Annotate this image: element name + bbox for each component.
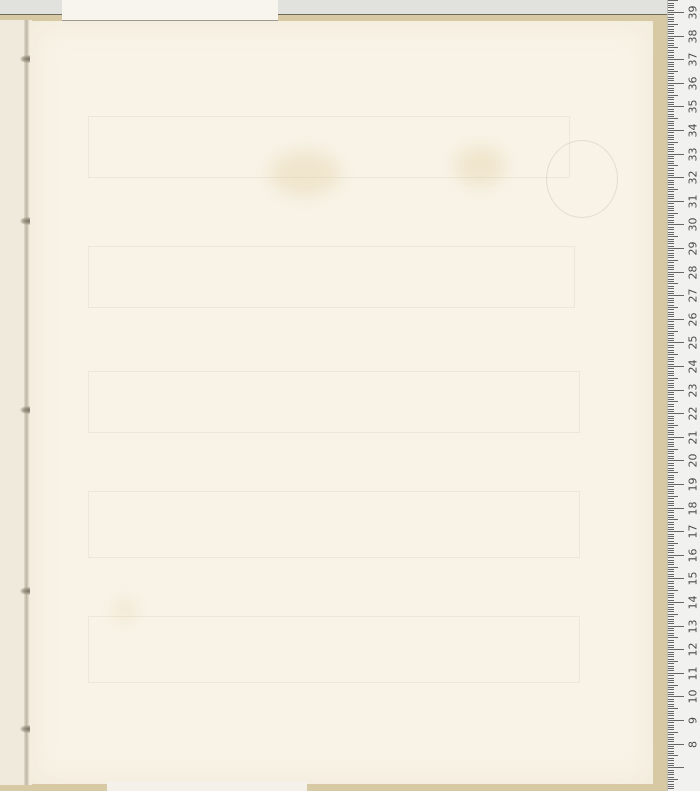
library-stamp-bleed (546, 140, 618, 218)
ruler-tick (668, 576, 674, 577)
ruler-tick (668, 215, 674, 216)
ruler-label: 8 (687, 736, 700, 752)
ruler-tick (668, 555, 684, 556)
ruler-tick (668, 123, 674, 124)
ruler-tick (668, 534, 674, 535)
ruler-tick (668, 321, 674, 322)
ruler-tick (668, 678, 674, 679)
ruler-tick (668, 31, 674, 32)
ruler-tick (668, 630, 674, 631)
ruler-tick (668, 236, 678, 237)
ruler-tick (668, 359, 674, 360)
ruler-tick (668, 616, 674, 617)
ruler-tick (668, 62, 674, 63)
ruler-tick (668, 729, 674, 730)
ruler-tick (668, 399, 674, 400)
ruler-tick (668, 125, 674, 126)
ruler-tick (668, 243, 674, 244)
ruler-tick (668, 552, 674, 553)
ruler-tick (668, 536, 674, 537)
ruler-tick (668, 503, 674, 504)
ruler-tick (668, 508, 684, 509)
ruler-tick (668, 269, 674, 270)
ruler-tick (668, 102, 674, 103)
ruler-tick (668, 66, 674, 67)
ruler-tick (668, 744, 684, 745)
ruler-tick (668, 29, 674, 30)
ruler-tick (668, 663, 674, 664)
ruler-tick (668, 298, 674, 299)
ruler-tick (668, 430, 674, 431)
ruler-tick (668, 597, 674, 598)
ruler-tick (668, 404, 674, 405)
ruler-tick (668, 85, 674, 86)
ruler-tick (668, 531, 684, 532)
ruler-label: 13 (687, 618, 700, 634)
ruler-tick (668, 161, 674, 162)
ruler-tick (668, 779, 678, 780)
ruler-tick (668, 191, 674, 192)
ruler-tick (668, 83, 684, 84)
ruler-label: 18 (687, 500, 700, 516)
ruler-tick (668, 104, 674, 105)
ruler-tick (668, 286, 674, 287)
ruler-tick (668, 692, 674, 693)
ruler-label: 27 (687, 288, 700, 304)
ruler-tick (668, 194, 674, 195)
ruler-label: 30 (687, 217, 700, 233)
ruler-tick (668, 246, 674, 247)
ruler-tick (668, 586, 674, 587)
ruler-tick (668, 682, 674, 683)
ruler-tick (668, 265, 674, 266)
ruler-tick (668, 477, 674, 478)
ruler-tick (668, 97, 674, 98)
ruler-tick (668, 486, 674, 487)
ruler-tick (668, 715, 674, 716)
ruler-tick (668, 484, 684, 485)
ruler-tick (668, 130, 684, 131)
ruler-label: 14 (687, 595, 700, 611)
ruler-tick (668, 132, 674, 133)
ruler-tick (668, 151, 674, 152)
ruler-tick (668, 118, 678, 119)
ruler-label: 34 (687, 123, 700, 139)
ruler-tick (668, 163, 674, 164)
ruler-tick (668, 385, 674, 386)
ruler-tick (668, 368, 674, 369)
ruler-tick (668, 482, 674, 483)
ruler-tick (668, 21, 674, 22)
ruler-tick (668, 595, 674, 596)
ruler-tick (668, 465, 674, 466)
ruler-tick (668, 420, 674, 421)
ruler-tick (668, 718, 674, 719)
ruler-label: 19 (687, 477, 700, 493)
ruler-tick (668, 55, 674, 56)
ruler-tick (668, 198, 674, 199)
ruler-tick (668, 182, 674, 183)
ruler-tick (668, 281, 674, 282)
ruler-tick (668, 772, 674, 773)
ruler-tick (668, 423, 674, 424)
ruler-tick (668, 737, 674, 738)
ruler-tick (668, 257, 674, 258)
ruler-tick (668, 611, 674, 612)
ruler-tick (668, 14, 674, 15)
ruler-tick (668, 114, 674, 115)
ruler-tick (668, 366, 684, 367)
ruler-tick (668, 621, 674, 622)
ruler-tick (668, 708, 678, 709)
ruler-tick (668, 121, 674, 122)
ruler-tick (668, 52, 674, 53)
ruler-label: 11 (687, 665, 700, 681)
ruler-tick (668, 590, 678, 591)
ruler-tick (668, 73, 674, 74)
ruler-tick (668, 763, 674, 764)
ruler-tick (668, 571, 674, 572)
ruler-tick (668, 177, 684, 178)
ruler-tick (668, 333, 674, 334)
ruler-tick (668, 295, 684, 296)
ruler-tick (668, 588, 674, 589)
ruler-tick (668, 654, 674, 655)
bleed-through-table (88, 616, 580, 683)
ruler-tick (668, 137, 674, 138)
ruler-tick (668, 189, 678, 190)
ruler-tick (668, 373, 674, 374)
ruler-tick (668, 300, 674, 301)
ruler-tick (668, 427, 674, 428)
ruler-tick (668, 253, 674, 254)
ruler-tick (668, 224, 684, 225)
ruler-tick (668, 734, 674, 735)
ruler-tick (668, 524, 674, 525)
ruler-tick (668, 338, 674, 339)
ruler-tick (668, 777, 674, 778)
paper-tab-top (62, 0, 278, 21)
ruler-tick (668, 548, 674, 549)
ruler-tick (668, 418, 674, 419)
ruler-tick (668, 689, 674, 690)
ruler-tick (668, 748, 674, 749)
ruler-tick (668, 489, 674, 490)
ruler-tick (668, 781, 674, 782)
ruler-label: 12 (687, 642, 700, 658)
ruler-tick (668, 661, 678, 662)
ruler-tick (668, 449, 678, 450)
ruler-tick (668, 680, 674, 681)
ruler-tick (668, 755, 678, 756)
ruler-tick (668, 557, 674, 558)
ruler-tick (668, 545, 674, 546)
ruler-tick (668, 144, 674, 145)
ruler-label: 29 (687, 241, 700, 257)
ruler-tick (668, 234, 674, 235)
ruler-tick (668, 701, 674, 702)
ruler-label: 37 (687, 52, 700, 68)
ruler-tick (668, 510, 674, 511)
ruler-tick (668, 670, 674, 671)
ruler-tick (668, 175, 674, 176)
ruler-tick (668, 90, 674, 91)
ruler-tick (668, 741, 674, 742)
ruler-tick (668, 727, 674, 728)
ruler-tick (668, 71, 678, 72)
ruler-tick (668, 291, 674, 292)
ruler-tick (668, 472, 678, 473)
ruler-tick (668, 637, 678, 638)
ruler-tick (668, 168, 674, 169)
ruler-tick (668, 293, 674, 294)
ruler-label: 15 (687, 571, 700, 587)
paper-tab-bottom (107, 781, 307, 791)
ruler-tick (668, 316, 674, 317)
ruler-tick (668, 635, 674, 636)
ruler-tick (668, 770, 674, 771)
ruler-tick (668, 560, 674, 561)
ruler-label: 32 (687, 170, 700, 186)
ruler-tick (668, 156, 674, 157)
ruler-tick (668, 196, 674, 197)
ruler-tick (668, 213, 678, 214)
ruler-tick (668, 128, 674, 129)
ruler-tick (668, 33, 674, 34)
ruler-tick (668, 19, 674, 20)
ruler-tick (668, 619, 674, 620)
ruler-tick (668, 239, 674, 240)
ruler-tick (668, 409, 674, 410)
ruler-tick (668, 342, 684, 343)
ruler-label: 10 (687, 689, 700, 705)
ruler-tick (668, 451, 674, 452)
ruler-tick (668, 76, 674, 77)
ruler-tick (668, 260, 678, 261)
ruler-tick (668, 279, 674, 280)
ruler-label: 38 (687, 28, 700, 44)
ruler-tick (668, 314, 674, 315)
ruler-tick (668, 47, 678, 48)
ruler-label: 23 (687, 382, 700, 398)
ruler-tick (668, 706, 674, 707)
ruler-tick (668, 106, 684, 107)
bleed-through-table (88, 371, 580, 433)
ruler-tick (668, 694, 674, 695)
ruler-tick (668, 614, 678, 615)
ruler-tick (668, 675, 674, 676)
ruler-label: 22 (687, 406, 700, 422)
ruler-tick (668, 784, 674, 785)
ruler-tick (668, 574, 674, 575)
ruler-tick (668, 633, 674, 634)
ruler-tick (668, 222, 674, 223)
ruler-tick (668, 390, 684, 391)
ruler-tick (668, 439, 674, 440)
ruler-tick (668, 95, 678, 96)
ruler-tick (668, 206, 674, 207)
ruler-tick (668, 562, 674, 563)
ruler-tick (668, 604, 674, 605)
ruler-tick (668, 305, 674, 306)
ruler-tick (668, 496, 678, 497)
ruler-tick (668, 10, 674, 11)
ruler-label: 9 (687, 713, 700, 729)
ruler-tick (668, 626, 684, 627)
ruler-tick (668, 302, 674, 303)
ruler-tick (668, 324, 674, 325)
ruler-tick (668, 569, 674, 570)
ruler-tick (668, 59, 684, 60)
ruler-tick (668, 600, 674, 601)
ruler-tick (668, 165, 678, 166)
ruler-tick (668, 170, 674, 171)
ruler-tick (668, 458, 674, 459)
ruler-tick (668, 227, 674, 228)
ruler-tick (668, 272, 684, 273)
ruler-label: 16 (687, 547, 700, 563)
ruler-tick (668, 26, 674, 27)
ruler-tick (668, 248, 684, 249)
ruler-tick (668, 685, 678, 686)
ruler-tick (668, 442, 674, 443)
ruler-tick (668, 498, 674, 499)
ruler-tick (668, 135, 674, 136)
ruler-tick (668, 7, 674, 8)
ruler-tick (668, 312, 674, 313)
ruler-tick (668, 758, 674, 759)
ruler-tick (668, 255, 674, 256)
ruler-tick (668, 505, 674, 506)
ruler-tick (668, 425, 678, 426)
ruler-tick (668, 309, 674, 310)
ruler-tick (668, 147, 674, 148)
ruler-tick (668, 387, 674, 388)
ruler-tick (668, 378, 678, 379)
ruler-tick (668, 453, 674, 454)
ruler-tick (668, 406, 674, 407)
ruler-label: 36 (687, 75, 700, 91)
ruler-tick (668, 456, 674, 457)
ruler-tick (668, 517, 674, 518)
ruler-tick (668, 187, 674, 188)
ruler-label: 31 (687, 193, 700, 209)
ruler-tick (668, 139, 674, 140)
bleed-through-table (88, 116, 570, 178)
ruler-tick (668, 229, 674, 230)
ruler-tick (668, 340, 674, 341)
ruler-tick (668, 36, 684, 37)
ruler-tick (668, 739, 674, 740)
ruler-tick (668, 17, 674, 18)
ruler-tick (668, 375, 674, 376)
ruler-tick (668, 0, 678, 1)
ruler-tick (668, 460, 684, 461)
ruler-tick (668, 659, 674, 660)
ruler-label: 20 (687, 453, 700, 469)
ruler-tick (668, 578, 684, 579)
ruler-tick (668, 220, 674, 221)
ruler-tick (668, 767, 684, 768)
ruler-tick (668, 581, 674, 582)
ruler-tick (668, 647, 674, 648)
ruler-tick (668, 57, 674, 58)
ruler-tick (668, 512, 674, 513)
ruler-tick (668, 713, 674, 714)
ruler-tick (668, 564, 674, 565)
ruler-tick (668, 274, 674, 275)
ruler-tick (668, 529, 674, 530)
ruler-tick (668, 541, 674, 542)
ruler-tick (668, 493, 674, 494)
ruler-tick (668, 210, 674, 211)
ruler-tick (668, 149, 674, 150)
ruler-tick (668, 668, 674, 669)
ruler-tick (668, 642, 674, 643)
ruler-tick (668, 267, 674, 268)
ruler-tick (668, 640, 674, 641)
ruler-tick (668, 88, 674, 89)
blank-page (30, 21, 653, 784)
ruler-tick (668, 538, 674, 539)
ruler-tick (668, 751, 674, 752)
ruler-tick (668, 111, 674, 112)
ruler-tick (668, 607, 674, 608)
ruler-tick (668, 5, 674, 6)
ruler-tick (668, 699, 674, 700)
ruler-tick (668, 24, 678, 25)
bleed-through-table (88, 246, 575, 308)
ruler-tick (668, 725, 674, 726)
ruler-label: 21 (687, 429, 700, 445)
ruler-tick (668, 241, 674, 242)
ruler-label: 17 (687, 524, 700, 540)
ruler-tick (668, 397, 674, 398)
ruler-tick (668, 3, 674, 4)
ruler-tick (668, 364, 674, 365)
ruler-tick (668, 307, 678, 308)
ruler-tick (668, 250, 674, 251)
ruler-tick (668, 645, 674, 646)
ruler-tick (668, 652, 674, 653)
ruler-tick (668, 649, 684, 650)
ruler-tick (668, 550, 674, 551)
ruler-tick (668, 711, 674, 712)
ruler-tick (668, 154, 684, 155)
ruler-tick (668, 583, 674, 584)
ruler-tick (668, 50, 674, 51)
ruler-tick (668, 446, 674, 447)
ruler-tick (668, 203, 674, 204)
ruler-tick (668, 543, 678, 544)
ruler-tick (668, 80, 674, 81)
ruler-tick (668, 401, 678, 402)
ruler-tick (668, 354, 678, 355)
ruler-tick (668, 501, 674, 502)
ruler-tick (668, 463, 674, 464)
ruler-tick (668, 411, 674, 412)
ruler-tick (668, 328, 674, 329)
ruler-tick (668, 760, 674, 761)
ruler-tick (668, 383, 674, 384)
ruler-tick (668, 335, 674, 336)
ruler-tick (668, 475, 674, 476)
ruler-tick (668, 184, 674, 185)
ruler-tick (668, 361, 674, 362)
ruler-tick (668, 774, 674, 775)
ruler-tick (668, 232, 674, 233)
ruler-tick (668, 704, 674, 705)
